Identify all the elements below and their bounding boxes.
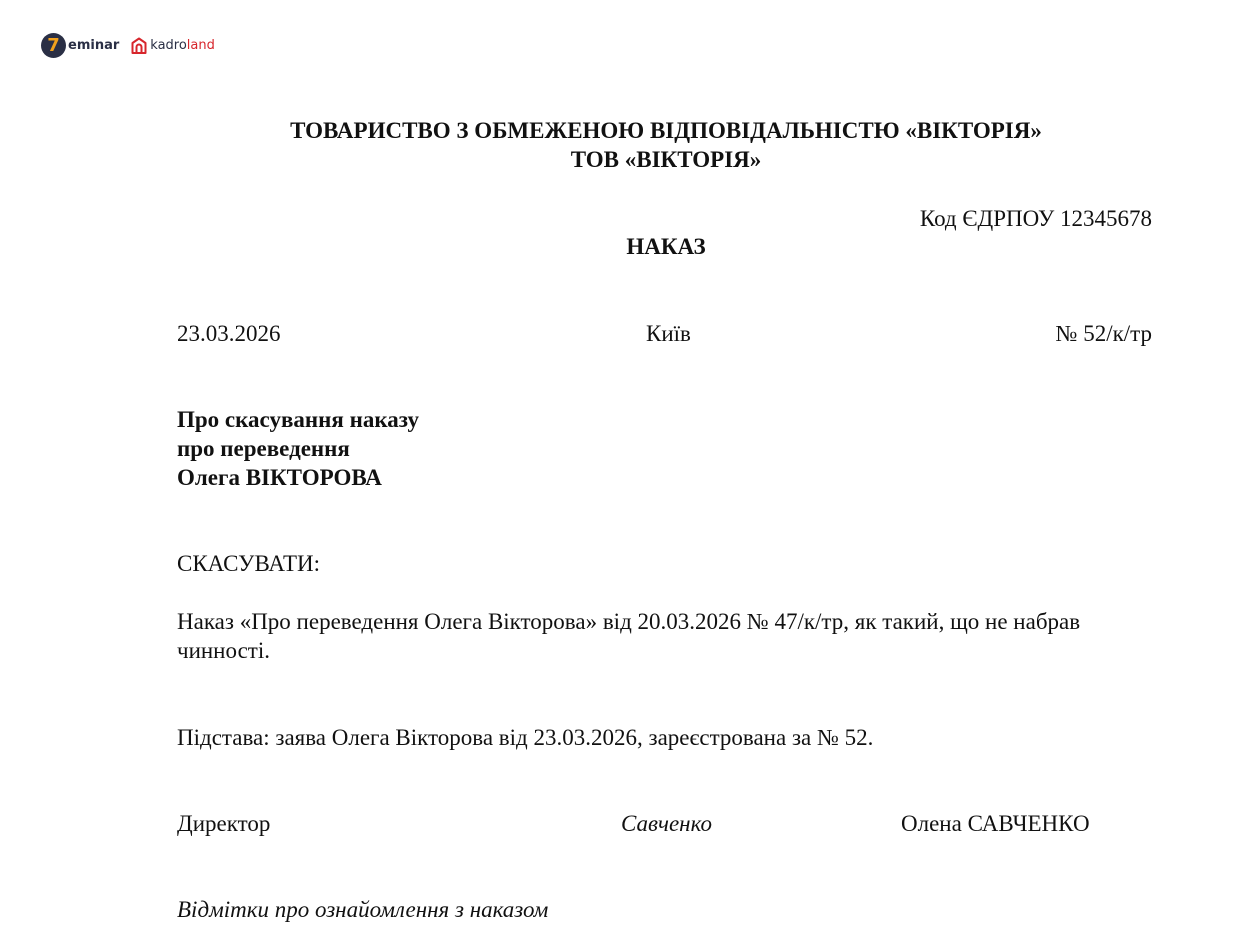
document-type: НАКАЗ bbox=[0, 234, 1241, 260]
order-city: Київ bbox=[646, 321, 691, 347]
house-icon bbox=[131, 37, 147, 54]
seminar-logo: 7 eminar bbox=[41, 33, 119, 58]
signatory-name: Олена САВЧЕНКО bbox=[901, 811, 1090, 837]
subject-line-1: Про скасування наказу bbox=[177, 407, 419, 433]
order-number: № 52/к/тр bbox=[1056, 321, 1152, 347]
seminar-logo-text: eminar bbox=[68, 38, 119, 53]
edrpou-code: Код ЄДРПОУ 12345678 bbox=[920, 206, 1152, 232]
action-heading: СКАСУВАТИ: bbox=[177, 551, 320, 577]
kadroland-logo: kadroland bbox=[131, 37, 215, 54]
order-date: 23.03.2026 bbox=[177, 321, 281, 347]
header-logos: 7 eminar kadroland bbox=[41, 33, 215, 58]
basis-text: Підстава: заява Олега Вікторова від 23.0… bbox=[177, 725, 873, 751]
company-full-name: ТОВАРИСТВО З ОБМЕЖЕНОЮ ВІДПОВІДАЛЬНІСТЮ … bbox=[0, 118, 1241, 144]
body-text-line-2: чинності. bbox=[177, 638, 270, 664]
acknowledgement-note: Відмітки про ознайомлення з наказом bbox=[177, 897, 548, 923]
signature-mark: Савченко bbox=[621, 811, 712, 837]
signature-position: Директор bbox=[177, 811, 270, 837]
company-short-name: ТОВ «ВІКТОРІЯ» bbox=[0, 147, 1241, 173]
subject-line-3: Олега ВІКТОРОВА bbox=[177, 465, 382, 491]
seminar-logo-mark: 7 bbox=[41, 33, 66, 58]
kadroland-logo-text: kadroland bbox=[150, 38, 215, 53]
subject-line-2: про переведення bbox=[177, 436, 350, 462]
body-text-line-1: Наказ «Про переведення Олега Вікторова» … bbox=[177, 609, 1080, 635]
